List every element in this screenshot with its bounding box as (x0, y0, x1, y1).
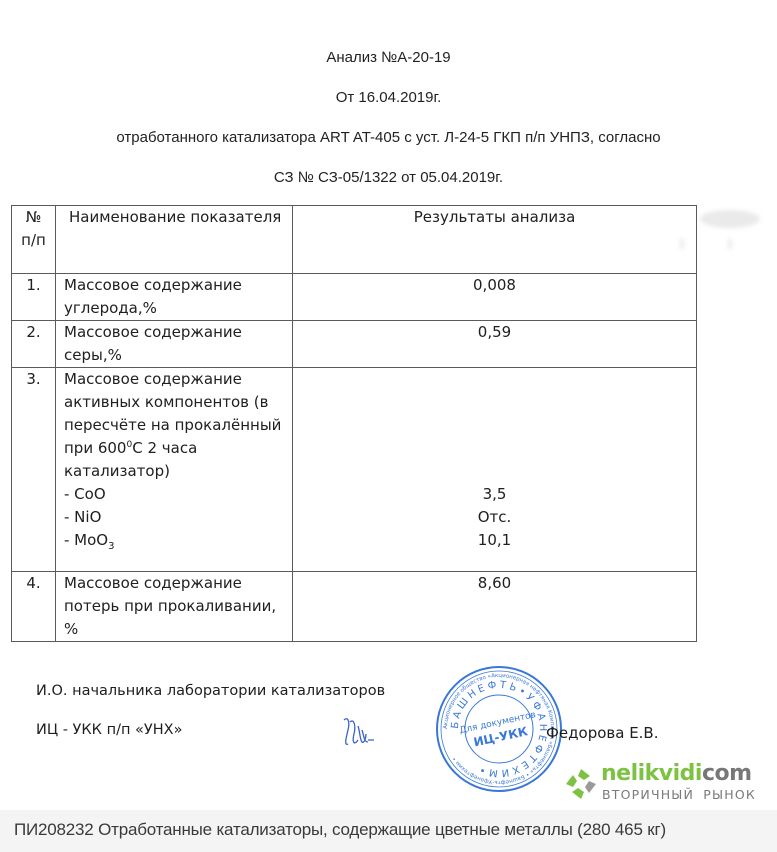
component-moo3-label: - MoO3 (64, 529, 292, 552)
signer-name: Федорова Е.В. (546, 724, 659, 742)
table-header-row: № п/п Наименование показателя Результаты… (12, 206, 697, 274)
row-num: 1. (12, 274, 56, 321)
component-coo-value: 3,5 (293, 483, 696, 506)
analysis-reference: СЗ № СЗ-05/1322 от 05.04.2019г. (0, 169, 777, 186)
row-name-line: Массовое содержание (64, 368, 292, 391)
row-name: Массовое содержание серы,% (56, 321, 293, 368)
row-result: 0,59 (293, 321, 697, 368)
row-name-line: серы,% (64, 344, 292, 367)
row-name: Массовое содержание углерода,% (56, 274, 293, 321)
caption-bar: ПИ208232 Отработанные катализаторы, соде… (0, 810, 777, 852)
listing-caption: ПИ208232 Отработанные катализаторы, соде… (14, 820, 666, 840)
row-result: 8,60 (293, 572, 697, 642)
component-nio-value: Отс. (293, 506, 696, 529)
component-nio-label: - NiO (64, 506, 292, 529)
analysis-subject: отработанного катализатора ART AT-405 с … (0, 129, 777, 146)
row-name-line: пересчёте на прокалённый (64, 414, 292, 437)
analysis-date: От 16.04.2019г. (0, 89, 777, 106)
scan-smudge (700, 210, 760, 228)
logo-tagline: ВТОРИЧНЫЙ РЫНОК (602, 787, 756, 802)
row-result: 0,008 (293, 274, 697, 321)
row-name: Массовое содержание потерь при прокалива… (56, 572, 293, 642)
row-num: 3. (12, 368, 56, 572)
row-num: 2. (12, 321, 56, 368)
handwritten-signature (338, 712, 378, 752)
row-name-line: при 6000С 2 часа (64, 437, 292, 460)
signer-position-line1: И.О. начальника лаборатории катализаторо… (36, 683, 385, 699)
header-result-text: Результаты анализа (293, 206, 696, 229)
logo-mark-icon (565, 768, 597, 800)
row-name-line: Массовое содержание (64, 321, 292, 344)
table-row: 3. Массовое содержание активных компонен… (12, 368, 697, 572)
scan-smudge (728, 238, 732, 250)
result-spacer (293, 368, 696, 483)
signer-position-line2: ИЦ - УКК п/п «УНХ» (36, 722, 182, 738)
temp-prefix: при 600 (64, 439, 126, 457)
logo-wordmark: nelikvidicom (601, 761, 752, 786)
table-row: 4. Массовое содержание потерь при прокал… (12, 572, 697, 642)
row-name-line: активных компонентов (в (64, 391, 292, 414)
temp-suffix: С 2 часа (132, 439, 197, 457)
row-name-line: Массовое содержание (64, 572, 292, 595)
header-name-text: Наименование показателя (64, 206, 292, 229)
row-name-line: % (64, 618, 292, 641)
analysis-table: № п/п Наименование показателя Результаты… (11, 205, 697, 642)
header-num-line1: № (12, 206, 55, 229)
row-name-line: потерь при прокаливании, (64, 595, 292, 618)
logo-brand-green: nelikvidi (601, 761, 702, 786)
component-coo-label: - CoO (64, 483, 292, 506)
analysis-title: Анализ №А-20-19 (0, 49, 777, 66)
logo-brand-grey: com (702, 761, 752, 786)
header-result: Результаты анализа (293, 206, 697, 274)
table-row: 2. Массовое содержание серы,% 0,59 (12, 321, 697, 368)
moo-text: - MoO (64, 531, 108, 549)
table-row: 1. Массовое содержание углерода,% 0,008 (12, 274, 697, 321)
component-moo3-value: 10,1 (293, 529, 696, 552)
header-num-line2: п/п (12, 229, 55, 252)
header-name: Наименование показателя (56, 206, 293, 274)
row-name: Массовое содержание активных компонентов… (56, 368, 293, 572)
row-num: 4. (12, 572, 56, 642)
nelikvidi-logo: nelikvidicom ВТОРИЧНЫЙ РЫНОК (565, 765, 770, 805)
row-name-line: катализатор) (64, 460, 292, 483)
row-name-line: Массовое содержание (64, 274, 292, 297)
subscript-3: 3 (108, 541, 114, 552)
row-result: 3,5 Отс. 10,1 (293, 368, 697, 572)
header-num: № п/п (12, 206, 56, 274)
row-name-line: углерода,% (64, 297, 292, 320)
